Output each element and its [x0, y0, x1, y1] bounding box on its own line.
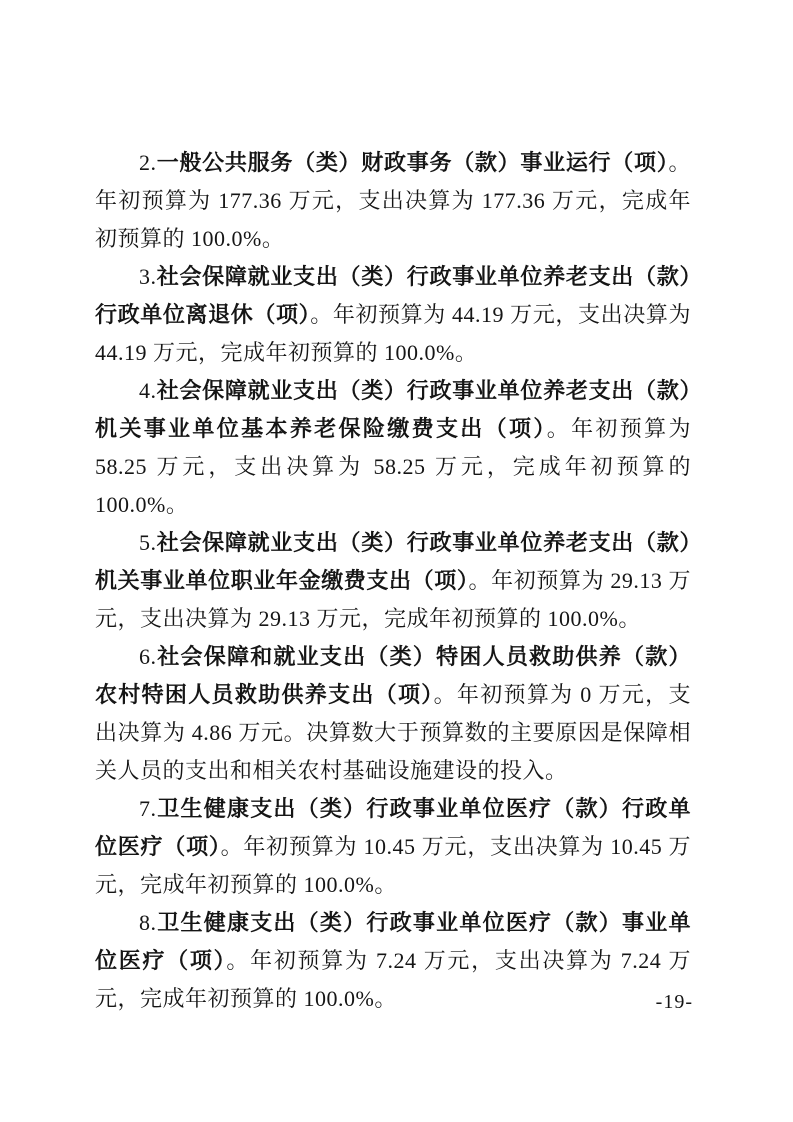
budget-paragraph: 4.社会保障就业支出（类）行政事业单位养老支出（款）机关事业单位基本养老保险缴费…	[95, 372, 691, 524]
paragraph-number: 3.	[139, 264, 157, 289]
paragraph-number: 8.	[139, 910, 157, 935]
paragraph-number: 5.	[139, 530, 157, 555]
budget-paragraph: 3.社会保障就业支出（类）行政事业单位养老支出（款）行政单位离退休（项）。年初预…	[95, 258, 691, 372]
paragraph-number: 4.	[139, 378, 157, 403]
budget-paragraph: 8.卫生健康支出（类）行政事业单位医疗（款）事业单位医疗（项）。年初预算为 7.…	[95, 904, 691, 1018]
paragraph-heading: 一般公共服务（类）财政事务（款）事业运行（项）	[157, 150, 669, 175]
paragraph-number: 7.	[139, 796, 157, 821]
paragraph-number: 2.	[139, 150, 157, 175]
page-number: -19-	[656, 990, 693, 1014]
budget-paragraph: 6.社会保障和就业支出（类）特困人员救助供养（款）农村特困人员救助供养支出（项）…	[95, 638, 691, 790]
budget-paragraph: 7.卫生健康支出（类）行政事业单位医疗（款）行政单位医疗（项）。年初预算为 10…	[95, 790, 691, 904]
document-page: 2.一般公共服务（类）财政事务（款）事业运行（项）。年初预算为 177.36 万…	[0, 0, 793, 1122]
budget-paragraph: 5.社会保障就业支出（类）行政事业单位养老支出（款）机关事业单位职业年金缴费支出…	[95, 524, 691, 638]
budget-paragraph: 2.一般公共服务（类）财政事务（款）事业运行（项）。年初预算为 177.36 万…	[95, 144, 691, 258]
paragraph-number: 6.	[139, 644, 157, 669]
document-body: 2.一般公共服务（类）财政事务（款）事业运行（项）。年初预算为 177.36 万…	[95, 144, 691, 1018]
